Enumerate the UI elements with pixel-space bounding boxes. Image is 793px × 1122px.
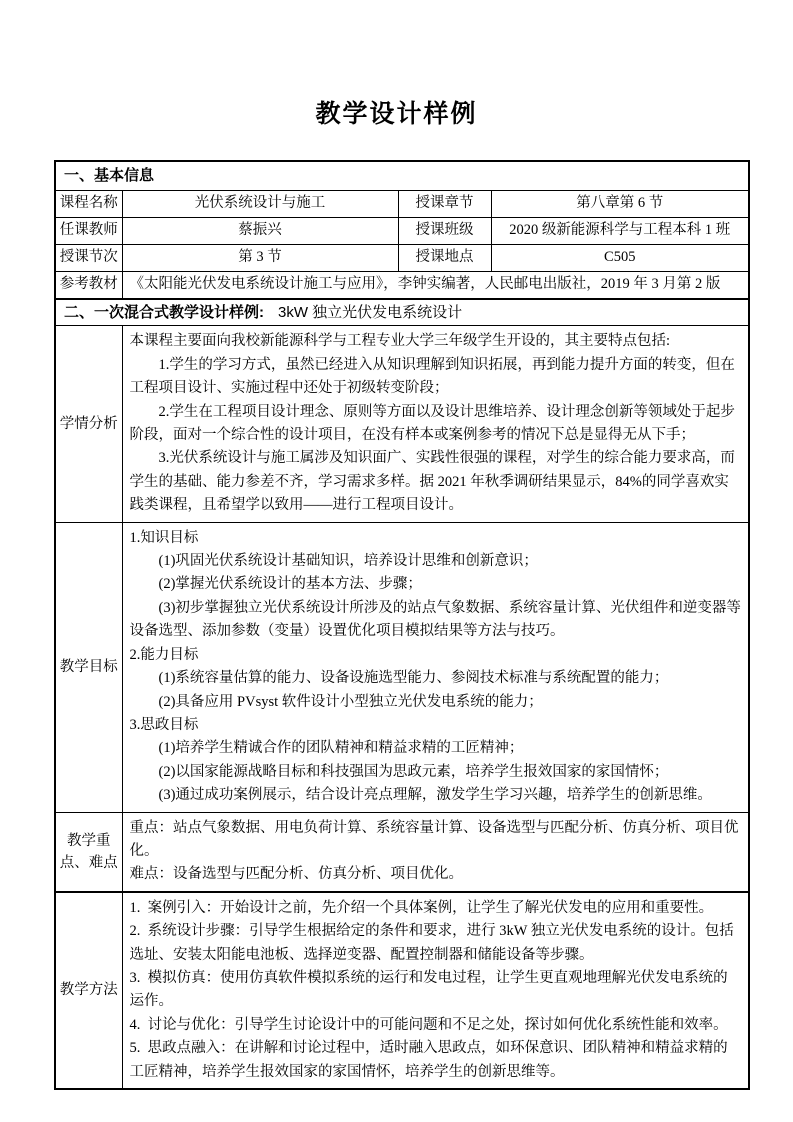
paragraph: 1.学生的学习方式，虽然已经进入从知识理解到知识拓展，再到能力提升方面的转变，但… <box>130 354 742 401</box>
paragraph: 1.知识目标 <box>130 527 742 550</box>
session-value: 第 3 节 <box>122 245 398 272</box>
chapter-label: 授课章节 <box>398 191 491 218</box>
paragraph: 3.光伏系统设计与施工属涉及知识面广、实践性很强的课程，对学生的综合能力要求高，… <box>130 447 742 517</box>
reference-value: 《太阳能光伏发电系统设计施工与应用》，李钟实编著，人民邮电出版社，2019 年 … <box>122 272 749 300</box>
session-label: 授课节次 <box>55 245 122 272</box>
paragraph: 本课程主要面向我校新能源科学与工程专业大学三年级学生开设的，其主要特点包括: <box>130 330 742 353</box>
paragraph: (1)系统容量估算的能力、设备设施选型能力、参阅技术标准与系统配置的能力； <box>130 667 742 690</box>
course-name-label: 课程名称 <box>55 191 122 218</box>
paragraph: (1)巩固光伏系统设计基础知识，培养设计思维和创新意识； <box>130 550 742 573</box>
paragraph: 2.学生在工程项目设计理念、原则等方面以及设计思维培养、设计理念创新等领域处于起… <box>130 401 742 448</box>
teaching-design-table: 一、基本信息 课程名称 光伏系统设计与施工 授课章节 第八章第 6 节 任课教师… <box>54 160 750 1090</box>
method-item: 1. 案例引入：开始设计之前，先介绍一个具体案例，让学生了解光伏发电的应用和重要… <box>130 897 742 920</box>
teaching-objectives-label: 教学目标 <box>55 522 122 812</box>
paragraph: (3)通过成功案例展示，结合设计亮点理解，激发学生学习兴趣，培养学生的创新思维。 <box>130 784 742 807</box>
section1-heading-row: 一、基本信息 <box>55 161 749 191</box>
class-label: 授课班级 <box>398 218 491 245</box>
info-row-session: 授课节次 第 3 节 授课地点 C505 <box>55 245 749 272</box>
learning-analysis-row: 学情分析 本课程主要面向我校新能源科学与工程专业大学三年级学生开设的，其主要特点… <box>55 326 749 522</box>
section2-heading-bold: 二、一次混合式教学设计样例: <box>64 304 264 321</box>
paragraph: (2)掌握光伏系统设计的基本方法、步骤； <box>130 573 742 596</box>
method-item: 3. 模拟仿真：使用仿真软件模拟系统的运行和发电过程，让学生更直观地理解光伏发电… <box>130 967 742 1014</box>
paragraph: (2)具备应用 PVsyst 软件设计小型独立光伏发电系统的能力； <box>130 691 742 714</box>
method-item: 4. 讨论与优化：引导学生讨论设计中的可能问题和不足之处，探讨如何优化系统性能和… <box>130 1014 742 1037</box>
document-page: 教学设计样例 一、基本信息 课程名称 光伏系统设计与施工 授课章节 第八章第 6… <box>0 0 793 1122</box>
teaching-methods-row: 教学方法 1. 案例引入：开始设计之前，先介绍一个具体案例，让学生了解光伏发电的… <box>55 892 749 1089</box>
course-name-value: 光伏系统设计与施工 <box>122 191 398 218</box>
teaching-methods-label: 教学方法 <box>55 892 122 1089</box>
paragraph: (2)以国家能源战略目标和科技强国为思政元素，培养学生报效国家的家国情怀； <box>130 761 742 784</box>
info-row-teacher: 任课教师 蔡振兴 授课班级 2020 级新能源科学与工程本科 1 班 <box>55 218 749 245</box>
location-label: 授课地点 <box>398 245 491 272</box>
page-title: 教学设计样例 <box>0 98 793 130</box>
method-item: 2. 系统设计步骤：引导学生根据给定的条件和要求，进行 3kW 独立光伏发电系统… <box>130 920 742 967</box>
paragraph: (1)培养学生精诚合作的团队精神和精益求精的工匠精神； <box>130 737 742 760</box>
section1-heading: 一、基本信息 <box>55 161 749 191</box>
paragraph: 2.能力目标 <box>130 644 742 667</box>
key-difficult-points-content: 重点：站点气象数据、用电负荷计算、系统容量计算、设备选型与匹配分析、仿真分析、项… <box>122 812 749 892</box>
paragraph: 3.思政目标 <box>130 714 742 737</box>
teacher-label: 任课教师 <box>55 218 122 245</box>
section2-heading-subtitle: 3kW 独立光伏发电系统设计 <box>278 304 462 321</box>
teaching-objectives-content: 1.知识目标 (1)巩固光伏系统设计基础知识，培养设计思维和创新意识； (2)掌… <box>122 522 749 812</box>
key-difficult-points-label: 教学重点、难点 <box>55 812 122 892</box>
class-value: 2020 级新能源科学与工程本科 1 班 <box>491 218 749 245</box>
location-value: C505 <box>491 245 749 272</box>
key-difficult-points-row: 教学重点、难点 重点：站点气象数据、用电负荷计算、系统容量计算、设备选型与匹配分… <box>55 812 749 892</box>
section2-heading: 二、一次混合式教学设计样例:3kW 独立光伏发电系统设计 <box>55 299 749 326</box>
paragraph: (3)初步掌握独立光伏系统设计所涉及的站点气象数据、系统容量计算、光伏组件和逆变… <box>130 597 742 644</box>
info-row-course: 课程名称 光伏系统设计与施工 授课章节 第八章第 6 节 <box>55 191 749 218</box>
method-item: 5. 思政点融入：在讲解和讨论过程中，适时融入思政点，如环保意识、团队精神和精益… <box>130 1037 742 1084</box>
section2-heading-row: 二、一次混合式教学设计样例:3kW 独立光伏发电系统设计 <box>55 299 749 326</box>
learning-analysis-content: 本课程主要面向我校新能源科学与工程专业大学三年级学生开设的，其主要特点包括: 1… <box>122 326 749 522</box>
learning-analysis-label: 学情分析 <box>55 326 122 522</box>
teaching-methods-content: 1. 案例引入：开始设计之前，先介绍一个具体案例，让学生了解光伏发电的应用和重要… <box>122 892 749 1089</box>
teaching-objectives-row: 教学目标 1.知识目标 (1)巩固光伏系统设计基础知识，培养设计思维和创新意识；… <box>55 522 749 812</box>
reference-row: 参考教材 《太阳能光伏发电系统设计施工与应用》，李钟实编著，人民邮电出版社，20… <box>55 272 749 300</box>
chapter-value: 第八章第 6 节 <box>491 191 749 218</box>
reference-label: 参考教材 <box>55 272 122 300</box>
teacher-value: 蔡振兴 <box>122 218 398 245</box>
key-points-line: 重点：站点气象数据、用电负荷计算、系统容量计算、设备选型与匹配分析、仿真分析、项… <box>130 817 742 864</box>
difficult-points-line: 难点：设备选型与匹配分析、仿真分析、项目优化。 <box>130 863 742 886</box>
